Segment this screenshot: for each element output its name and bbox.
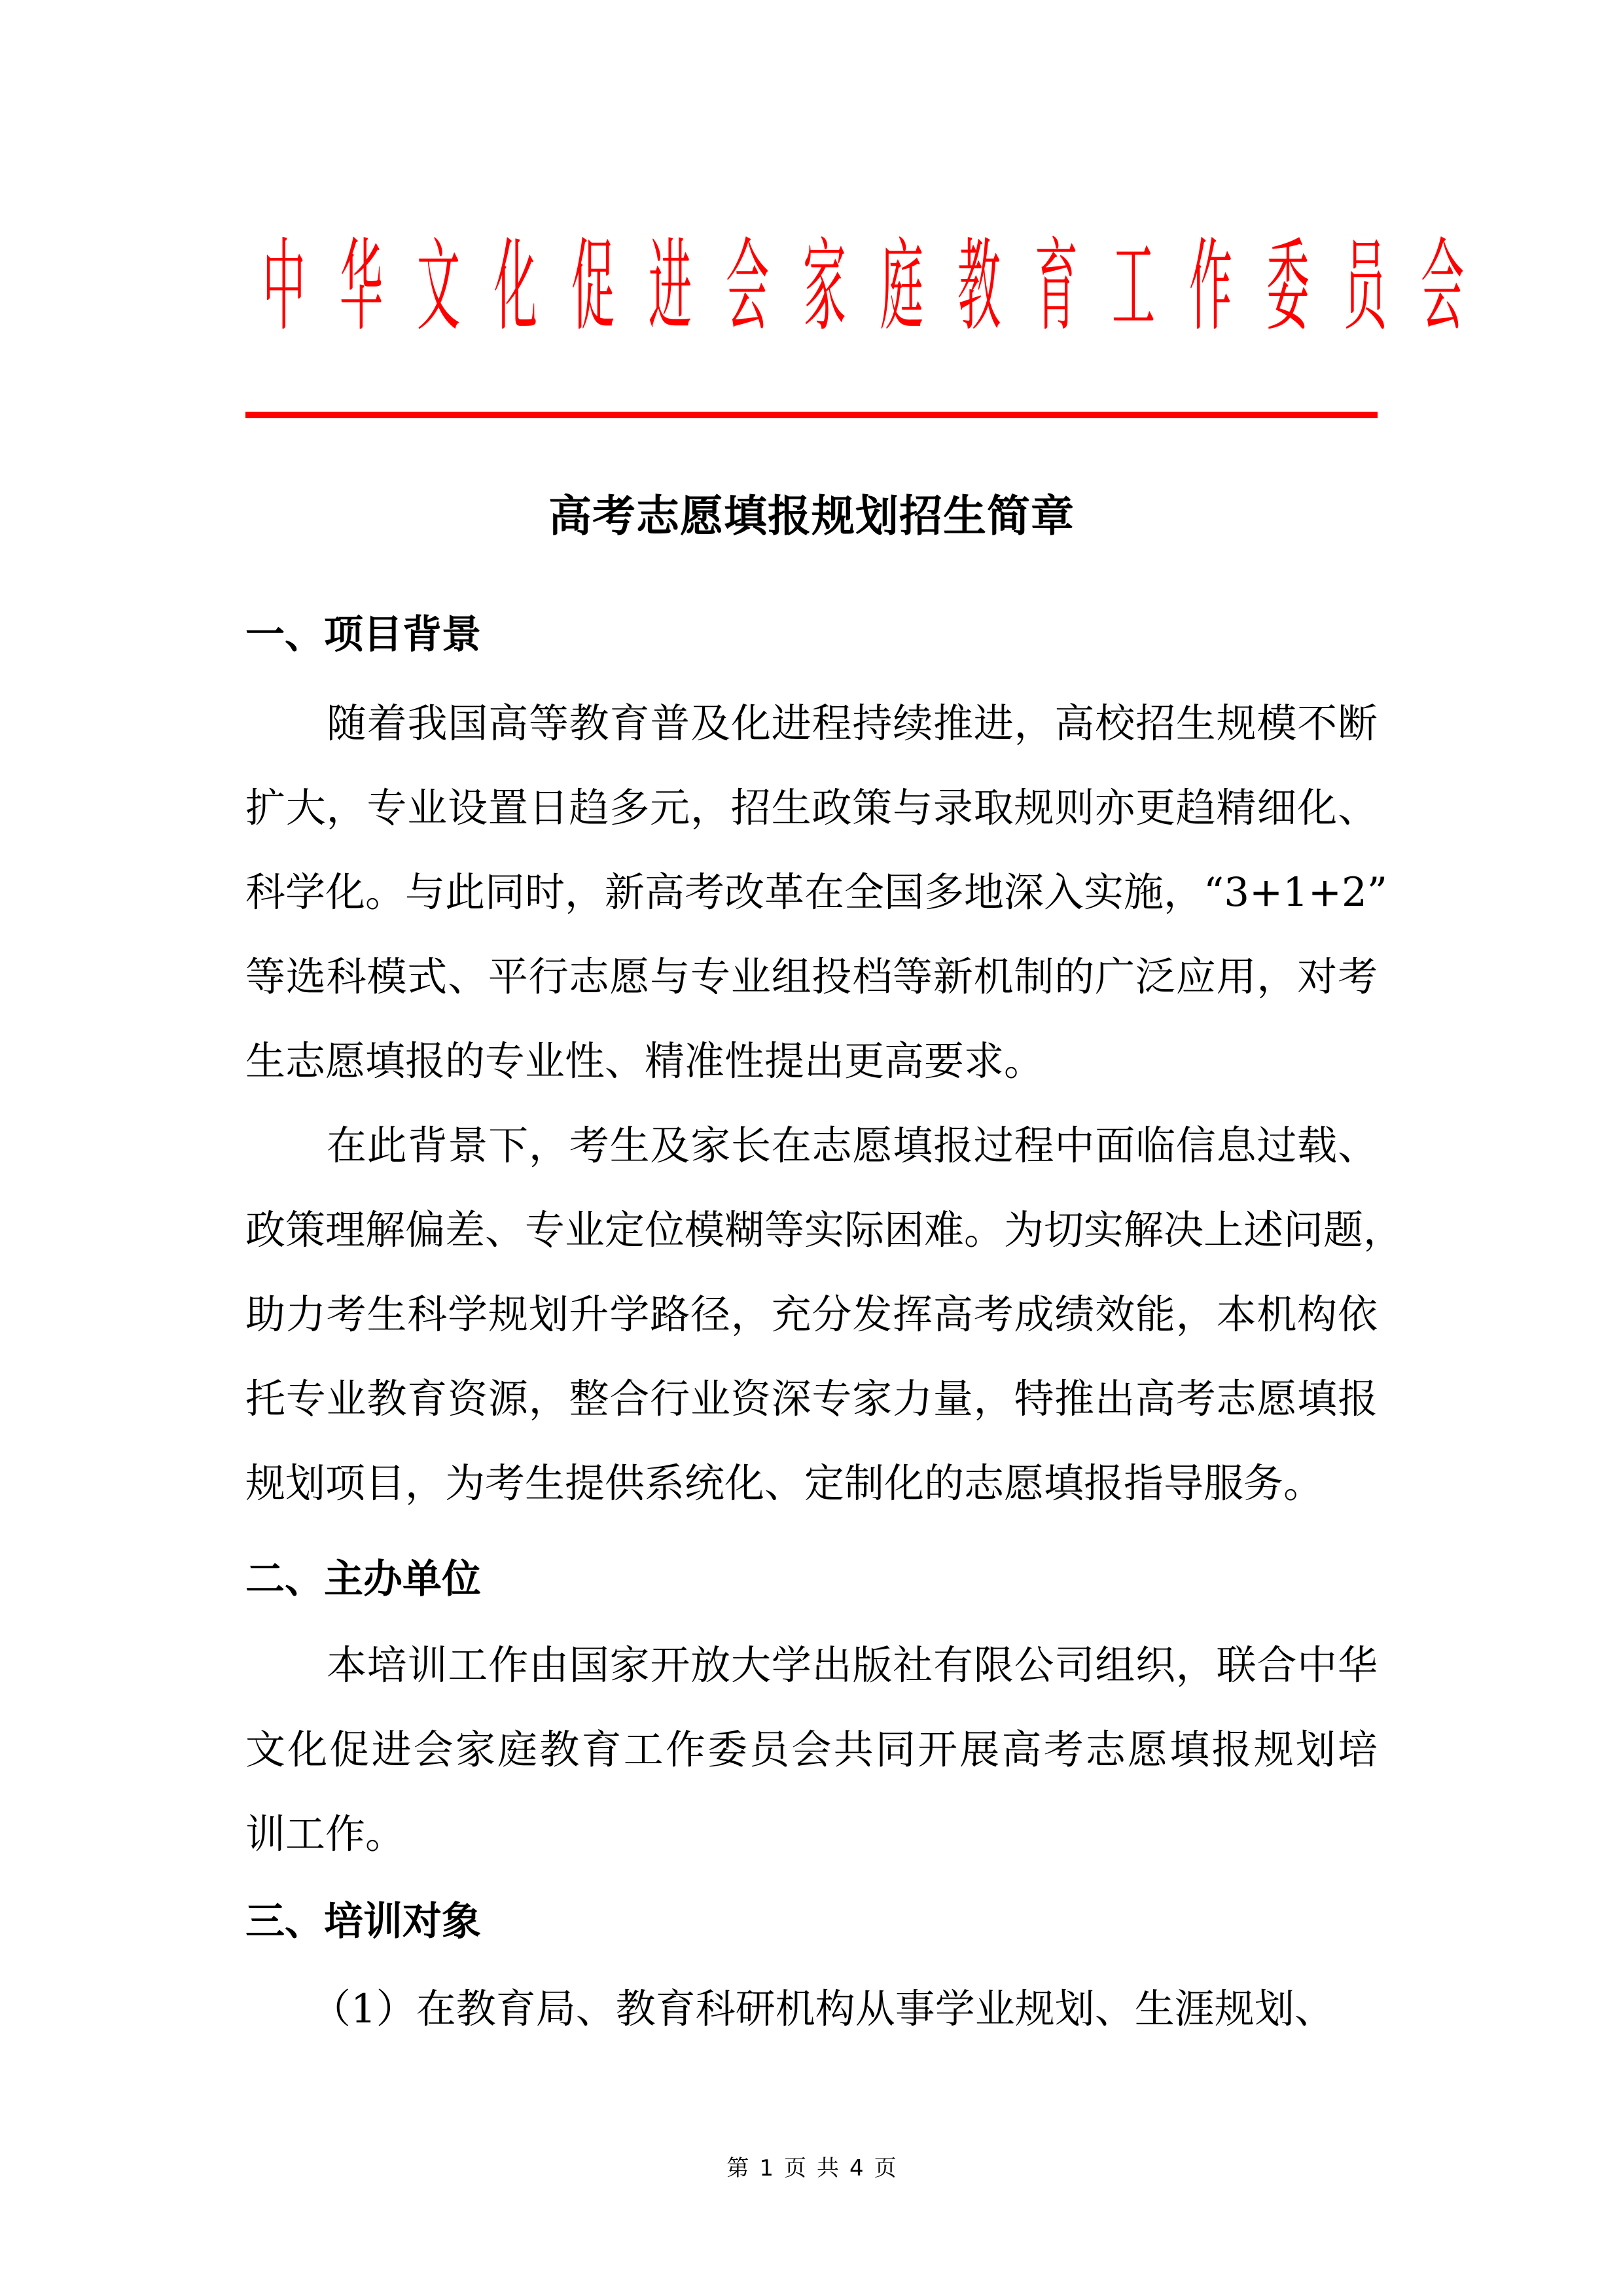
footer-page-word: 页 bbox=[784, 2155, 806, 2181]
org-char: 教 bbox=[957, 236, 1001, 336]
text-line: 等选科模式、平行志愿与专业组投档等新机制的广泛应用，对考 bbox=[245, 935, 1378, 1019]
org-char: 进 bbox=[649, 236, 692, 336]
org-char: 文 bbox=[417, 236, 460, 336]
organization-header: 中 华 文 化 促 进 会 家 庭 教 育 工 作 委 员 会 bbox=[245, 230, 1378, 342]
org-char: 化 bbox=[494, 236, 537, 336]
text-line: （1）在教育局、教育科研机构从事学业规划、生涯规划、 bbox=[245, 1967, 1378, 2051]
org-char: 委 bbox=[1266, 236, 1310, 336]
footer-prefix: 第 bbox=[726, 2155, 749, 2181]
text-line: 科学化。与此同时，新高考改革在全国多地深入实施，“3+1+2” bbox=[245, 850, 1378, 935]
document-page: 中 华 文 化 促 进 会 家 庭 教 育 工 作 委 员 会 高考志愿填报规划… bbox=[0, 0, 1623, 2296]
text-line: 政策理解偏差、专业定位模糊等实际困难。为切实解决上述问题， bbox=[245, 1188, 1378, 1272]
paragraph-organizer: 本培训工作由国家开放大学出版社有限公司组织，联合中华 文化促进会家庭教育工作委员… bbox=[245, 1623, 1378, 1876]
current-page-number: 1 bbox=[759, 2155, 774, 2181]
total-page-count: 4 bbox=[849, 2155, 864, 2181]
text-line: 本培训工作由国家开放大学出版社有限公司组织，联合中华 bbox=[245, 1623, 1378, 1708]
text-line: 助力考生科学规划升学路径，充分发挥高考成绩效能，本机构依 bbox=[245, 1272, 1378, 1357]
paragraph-background-1: 随着我国高等教育普及化进程持续推进，高校招生规模不断 扩大，专业设置日趋多元，招… bbox=[245, 681, 1378, 1103]
text-line: 规划项目，为考生提供系统化、定制化的志愿填报指导服务。 bbox=[245, 1441, 1378, 1526]
paragraph-audience: （1）在教育局、教育科研机构从事学业规划、生涯规划、 bbox=[245, 1967, 1378, 2051]
org-char: 中 bbox=[262, 236, 306, 336]
org-char: 家 bbox=[803, 236, 846, 336]
header-divider bbox=[245, 412, 1378, 418]
section-heading-background: 一、项目背景 bbox=[245, 605, 1378, 664]
footer-suffix: 页 bbox=[874, 2155, 897, 2181]
org-char: 作 bbox=[1189, 236, 1232, 336]
text-line: 在此背景下，考生及家长在志愿填报过程中面临信息过载、 bbox=[245, 1103, 1378, 1188]
text-line: 随着我国高等教育普及化进程持续推进，高校招生规模不断 bbox=[245, 681, 1378, 766]
org-char: 促 bbox=[571, 236, 615, 336]
org-char: 员 bbox=[1344, 236, 1387, 336]
org-char: 华 bbox=[340, 236, 383, 336]
org-char: 庭 bbox=[880, 236, 923, 336]
org-char: 会 bbox=[726, 236, 769, 336]
text-line: 生志愿填报的专业性、精准性提出更高要求。 bbox=[245, 1019, 1378, 1103]
org-char: 会 bbox=[1421, 236, 1464, 336]
document-title: 高考志愿填报规划招生简章 bbox=[245, 484, 1378, 547]
text-line: 扩大，专业设置日趋多元，招生政策与录取规则亦更趋精细化、 bbox=[245, 766, 1378, 850]
section-heading-audience: 三、培训对象 bbox=[245, 1892, 1378, 1951]
footer-total-prefix: 共 bbox=[817, 2155, 839, 2181]
page-footer: 第1页共4页 bbox=[0, 2150, 1623, 2182]
text-line: 托专业教育资源，整合行业资深专家力量，特推出高考志愿填报 bbox=[245, 1357, 1378, 1441]
paragraph-background-2: 在此背景下，考生及家长在志愿填报过程中面临信息过载、 政策理解偏差、专业定位模糊… bbox=[245, 1103, 1378, 1526]
text-line: 训工作。 bbox=[245, 1792, 1378, 1876]
org-char: 工 bbox=[1112, 236, 1155, 336]
org-char: 育 bbox=[1035, 236, 1078, 336]
text-line: 文化促进会家庭教育工作委员会共同开展高考志愿填报规划培 bbox=[245, 1708, 1378, 1792]
section-heading-organizer: 二、主办单位 bbox=[245, 1550, 1378, 1609]
